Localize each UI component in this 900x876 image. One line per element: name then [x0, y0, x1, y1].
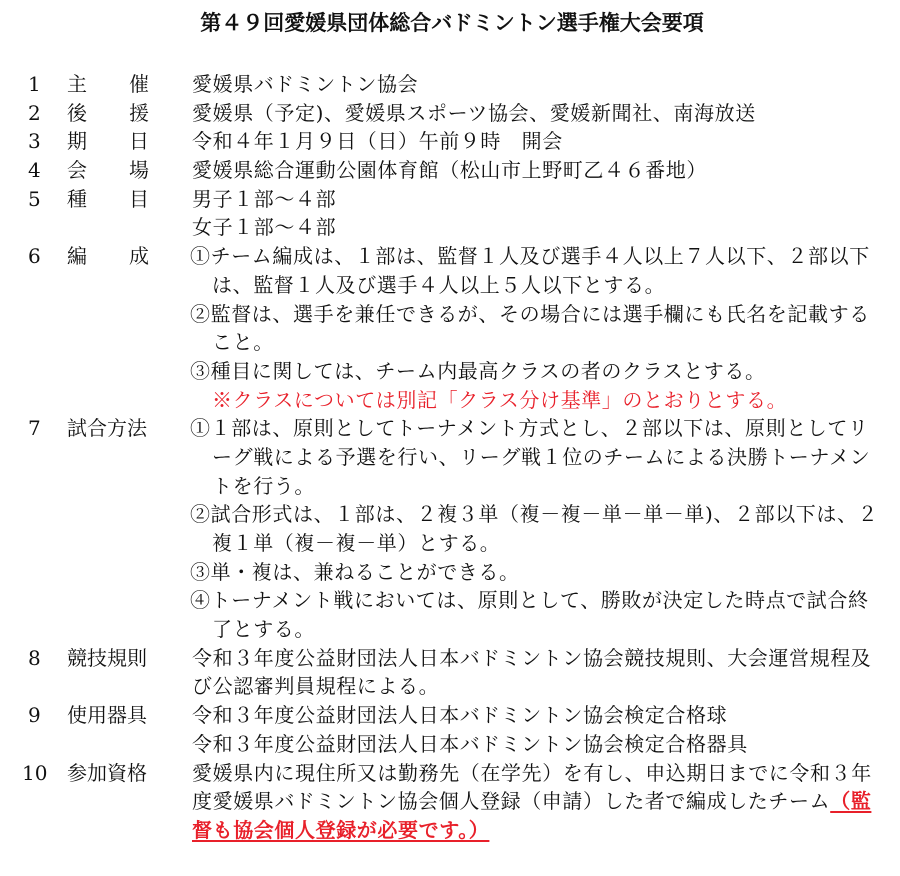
section-3-date: 3 期 日 令和４年１月９日（日）午前９時 開会 [0, 127, 900, 156]
section-7-match-method: 7 試合方法 ①１部は、原則としてトーナメント方式とし、２部以下は、原則としてリ [0, 414, 900, 443]
section-number: 7 [28, 414, 58, 443]
section-5-events-cont: 女子１部～４部 [0, 213, 900, 242]
section-2-support: 2 後 援 愛媛県（予定)、愛媛県スポーツ協会、愛媛新聞社、南海放送 [0, 99, 900, 128]
coach-registration-note: （監 [830, 789, 871, 813]
section-5-events: 5 種 目 男子１部～４部 [0, 185, 900, 214]
section-9-equipment: 9 使用器具 令和３年度公益財団法人日本バドミントン協会検定合格球 [0, 701, 900, 730]
list-item: ③単・複は、兼ねることができる。 [0, 558, 900, 587]
section-label: 試合方法 [67, 414, 167, 443]
section-text: 令和４年１月９日（日）午前９時 開会 [192, 127, 563, 156]
section-number: 4 [28, 156, 58, 185]
list-item-text: ①チーム編成は、１部は、監督１人及び選手４人以上７人以下、２部以下 [190, 242, 870, 271]
section-10-eligibility-note: 督も協会個人登録が必要です。） [0, 816, 900, 845]
document-title: 第４９回愛媛県団体総合バドミントン選手権大会要項 [0, 8, 900, 38]
eligibility-text: 度愛媛県バドミントン協会個人登録（申請）した者で編成したチーム [192, 789, 830, 813]
section-number: 10 [22, 759, 52, 788]
list-item-text: ③種目に関しては、チーム内最高クラスの者のクラスとする。 [190, 357, 766, 386]
list-item-text: こと。 [212, 328, 274, 357]
coach-registration-note: 督も協会個人登録が必要です。） [192, 816, 489, 845]
list-item: ②監督は、選手を兼任できるが、その場合には選手欄にも氏名を記載する [0, 300, 900, 329]
class-note: ※クラスについては別記「クラス分け基準」のとおりとする。 [0, 386, 900, 415]
list-item-text: トを行う。 [212, 472, 315, 501]
list-item: ③種目に関しては、チーム内最高クラスの者のクラスとする。 [0, 357, 900, 386]
list-item: ②試合形式は、１部は、２複３単（複－複－単－単－単)、２部以下は、２ [0, 500, 900, 529]
section-number: 2 [28, 99, 58, 128]
section-text: び公認審判員規程による。 [192, 672, 439, 701]
section-label: 使用器具 [67, 701, 167, 730]
list-item-text: ②試合形式は、１部は、２複３単（複－複－単－単－単)、２部以下は、２ [190, 500, 878, 529]
section-6-composition: 6 編 成 ①チーム編成は、１部は、監督１人及び選手４人以上７人以下、２部以下 [0, 242, 900, 271]
section-10-eligibility: 10 参加資格 愛媛県内に現住所又は勤務先（在学先）を有し、申込期日までに令和３… [0, 759, 900, 788]
section-9-equipment-cont: 令和３年度公益財団法人日本バドミントン協会検定合格器具 [0, 730, 900, 759]
class-note-text: ※クラスについては別記「クラス分け基準」のとおりとする。 [212, 386, 787, 415]
list-item-text: ④トーナメント戦においては、原則として、勝敗が決定した時点で試合終 [190, 586, 869, 615]
section-number: 6 [28, 242, 58, 271]
section-number: 3 [28, 127, 58, 156]
section-label: 参加資格 [67, 759, 167, 788]
section-8-rules: 8 競技規則 令和３年度公益財団法人日本バドミントン協会競技規則、大会運営規程及 [0, 644, 900, 673]
list-item-cont: は、監督１人及び選手４人以上５人以下とする。 [0, 271, 900, 300]
section-text: 男子１部～４部 [192, 185, 336, 214]
section-text: 令和３年度公益財団法人日本バドミントン協会検定合格器具 [192, 730, 748, 759]
list-item-cont: 了とする。 [0, 615, 900, 644]
section-text: 愛媛県内に現住所又は勤務先（在学先）を有し、申込期日までに令和３年 [192, 759, 872, 788]
section-label: 競技規則 [67, 644, 167, 673]
list-item-cont: トを行う。 [0, 472, 900, 501]
list-item-cont: 複１単（複－複－単）とする。 [0, 529, 900, 558]
section-text: 愛媛県総合運動公園体育館（松山市上野町乙４６番地） [192, 156, 707, 185]
list-item-text: 了とする。 [212, 615, 315, 644]
document-body: 1 主 催 愛媛県バドミントン協会 2 後 援 愛媛県（予定)、愛媛県スポーツ協… [0, 70, 900, 845]
list-item: ④トーナメント戦においては、原則として、勝敗が決定した時点で試合終 [0, 586, 900, 615]
list-item-text: は、監督１人及び選手４人以上５人以下とする。 [212, 271, 665, 300]
section-text: 愛媛県バドミントン協会 [192, 70, 418, 99]
section-number: 9 [28, 701, 58, 730]
section-10-eligibility-cont: 度愛媛県バドミントン協会個人登録（申請）した者で編成したチーム（監 [0, 787, 900, 816]
section-text: 女子１部～４部 [192, 213, 336, 242]
section-4-venue: 4 会 場 愛媛県総合運動公園体育館（松山市上野町乙４６番地） [0, 156, 900, 185]
section-1-sponsor: 1 主 催 愛媛県バドミントン協会 [0, 70, 900, 99]
list-item-text: ③単・複は、兼ねることができる。 [190, 558, 520, 587]
section-text: 度愛媛県バドミントン協会個人登録（申請）した者で編成したチーム（監 [192, 787, 871, 816]
section-number: 8 [28, 644, 58, 673]
list-item-text: ーグ戦による予選を行い、リーグ戦１位のチームによる決勝トーナメン [212, 443, 870, 472]
list-item-cont: ーグ戦による予選を行い、リーグ戦１位のチームによる決勝トーナメン [0, 443, 900, 472]
list-item-cont: こと。 [0, 328, 900, 357]
list-item-text: ②監督は、選手を兼任できるが、その場合には選手欄にも氏名を記載する [190, 300, 870, 329]
section-8-rules-cont: び公認審判員規程による。 [0, 672, 900, 701]
section-text: 令和３年度公益財団法人日本バドミントン協会検定合格球 [192, 701, 727, 730]
section-text: 愛媛県（予定)、愛媛県スポーツ協会、愛媛新聞社、南海放送 [192, 99, 756, 128]
list-item-text: 複１単（複－複－単）とする。 [212, 529, 500, 558]
list-item-text: ①１部は、原則としてトーナメント方式とし、２部以下は、原則としてリ [190, 414, 869, 443]
section-text: 令和３年度公益財団法人日本バドミントン協会競技規則、大会運営規程及 [192, 644, 871, 673]
section-number: 5 [28, 185, 58, 214]
section-number: 1 [28, 70, 58, 99]
